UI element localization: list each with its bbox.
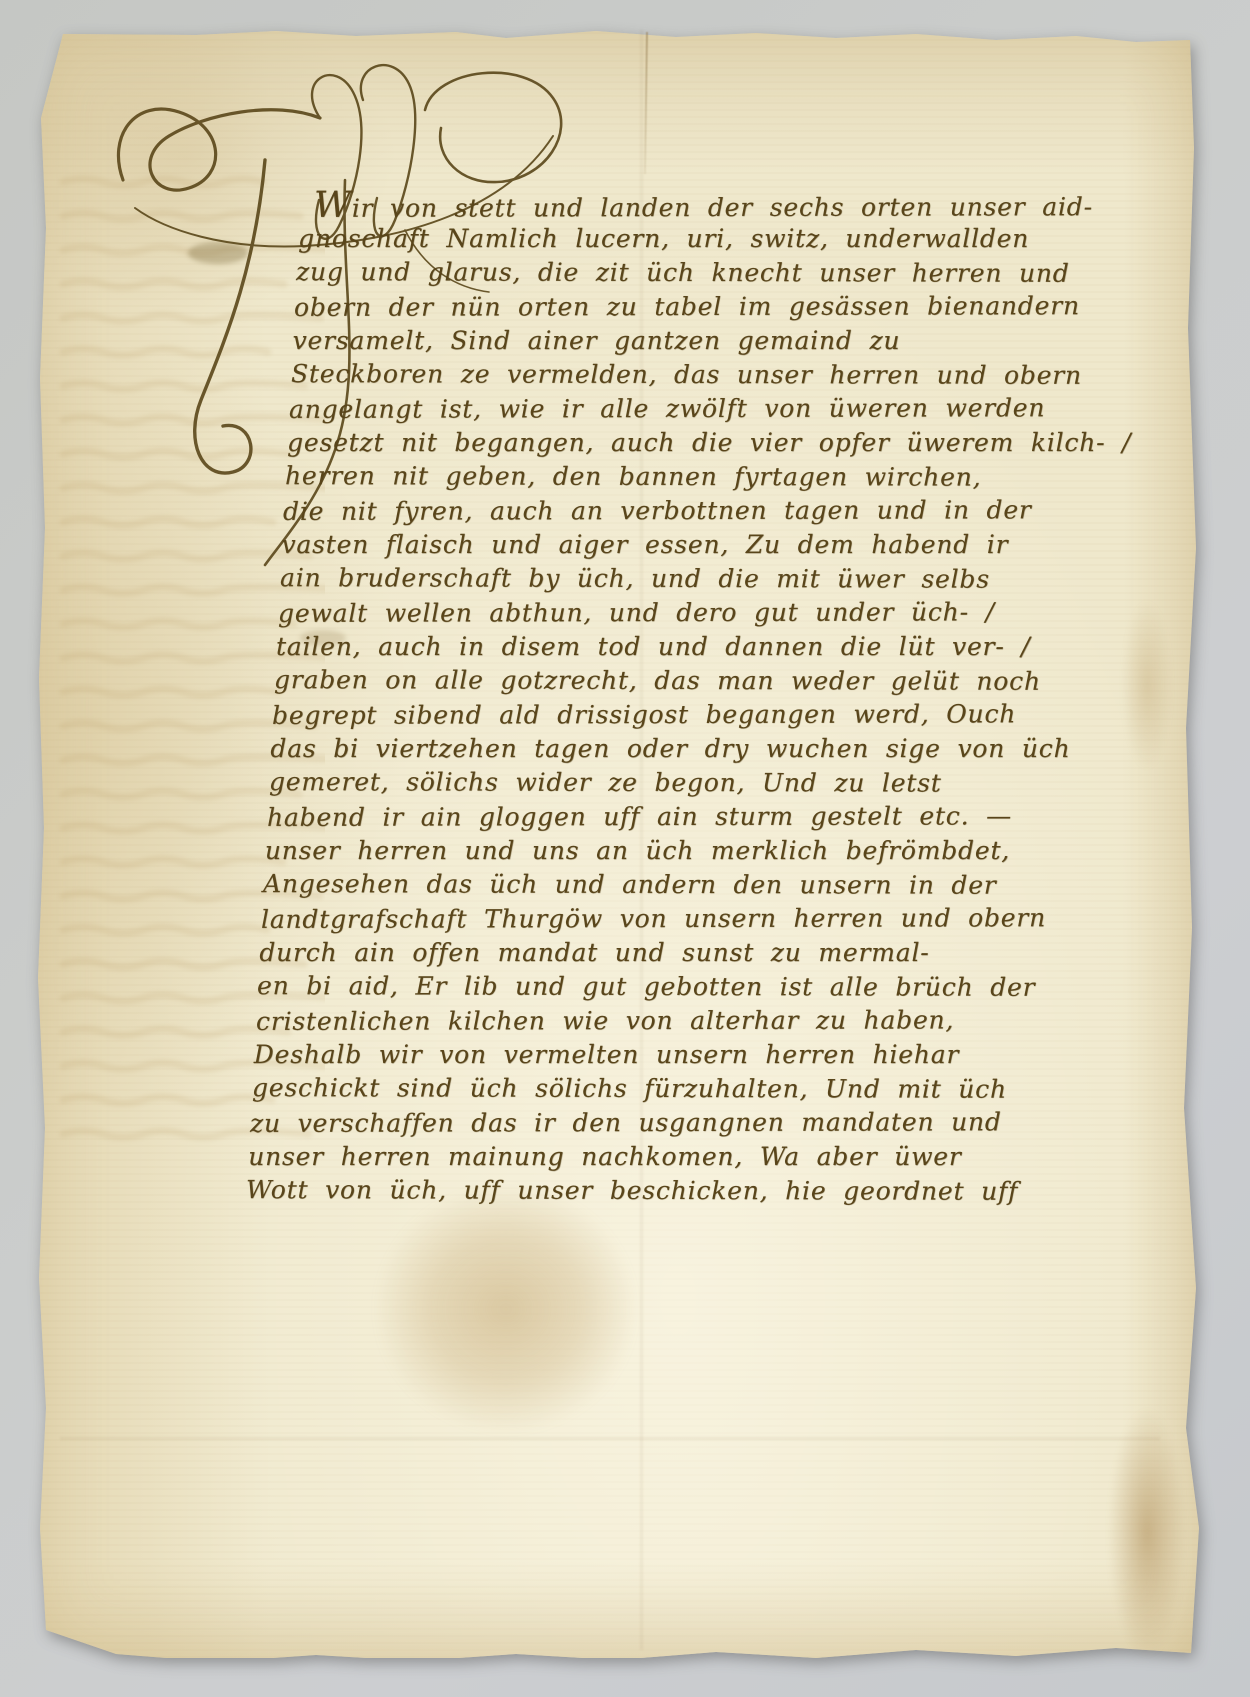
handwriting-line: geschickt sind üch sölichs fürzuhalten, … — [252, 1071, 1100, 1107]
handwriting-line: gesetzt nit begangen, auch die vier opfe… — [287, 426, 1100, 460]
handwriting-line: unser herren und uns an üch merklich bef… — [265, 834, 1100, 868]
handwriting-line: graben on alle gotzrecht, das man weder … — [274, 663, 1100, 699]
handwriting-line: Wott von üch, uff unser beschicken, hie … — [246, 1173, 1100, 1209]
handwriting-line: Deshalb wir von vermelten unsern herren … — [254, 1038, 1100, 1072]
handwriting-line: cristenlichen kilchen wie von alterhar z… — [256, 1003, 1100, 1039]
handwriting-line: zu verschaffen das ir den usgangnen mand… — [250, 1105, 1100, 1141]
handwriting-line: angelangt ist, wie ir alle zwölft von üw… — [289, 391, 1100, 427]
handwriting-line: durch ain offen mandat und sunst zu merm… — [259, 936, 1100, 970]
handwriting-line: gewalt wellen abthun, und dero gut under… — [278, 595, 1100, 631]
handwriting-lines: Wir von stett und landen der sechs orten… — [300, 188, 1100, 1208]
photograph: Wir von stett und landen der sechs orten… — [0, 0, 1250, 1697]
handwriting-line: herren nit geben, den bannen fyrtagen wi… — [285, 459, 1100, 495]
handwriting-line: zug und glarus, die zit üch knecht unser… — [296, 255, 1100, 291]
handwriting-line: Wir von stett und landen der sechs orten… — [314, 187, 1100, 223]
handwriting-line: gnoschaft Namlich lucern, uri, switz, un… — [298, 222, 1100, 256]
handwriting-line: die nit fyren, auch an verbottnen tagen … — [283, 493, 1100, 529]
handwriting-line: vasten flaisch und aiger essen, Zu dem h… — [282, 528, 1101, 562]
handwriting-line: habend ir ain gloggen uff ain sturm gest… — [267, 799, 1100, 835]
handwriting-line: unser herren mainung nachkomen, Wa aber … — [248, 1140, 1100, 1174]
handwriting-line: obern der nün orten zu tabel im gesässen… — [294, 289, 1100, 325]
handwriting-line: ain bruderschaft by üch, und die mit üwe… — [280, 561, 1100, 597]
handwriting-line: Angesehen das üch und andern den unsern … — [263, 867, 1100, 903]
handwriting-line: landtgrafschaft Thurgöw von unsern herre… — [261, 901, 1100, 937]
handwriting-line: Steckboren ze vermelden, das unser herre… — [291, 357, 1100, 393]
handwriting-line: begrept sibend ald drissigost begangen w… — [272, 697, 1100, 733]
handwriting-line: das bi viertzehen tagen oder dry wuchen … — [270, 732, 1100, 766]
handwriting-line: gemeret, sölichs wider ze begon, Und zu … — [269, 765, 1101, 801]
handwriting-line: en bi aid, Er lib und gut gebotten ist a… — [257, 969, 1100, 1005]
handwriting-line: tailen, auch in disem tod und dannen die… — [276, 630, 1100, 664]
handwriting-line: versamelt, Sind ainer gantzen gemaind zu — [293, 324, 1100, 358]
